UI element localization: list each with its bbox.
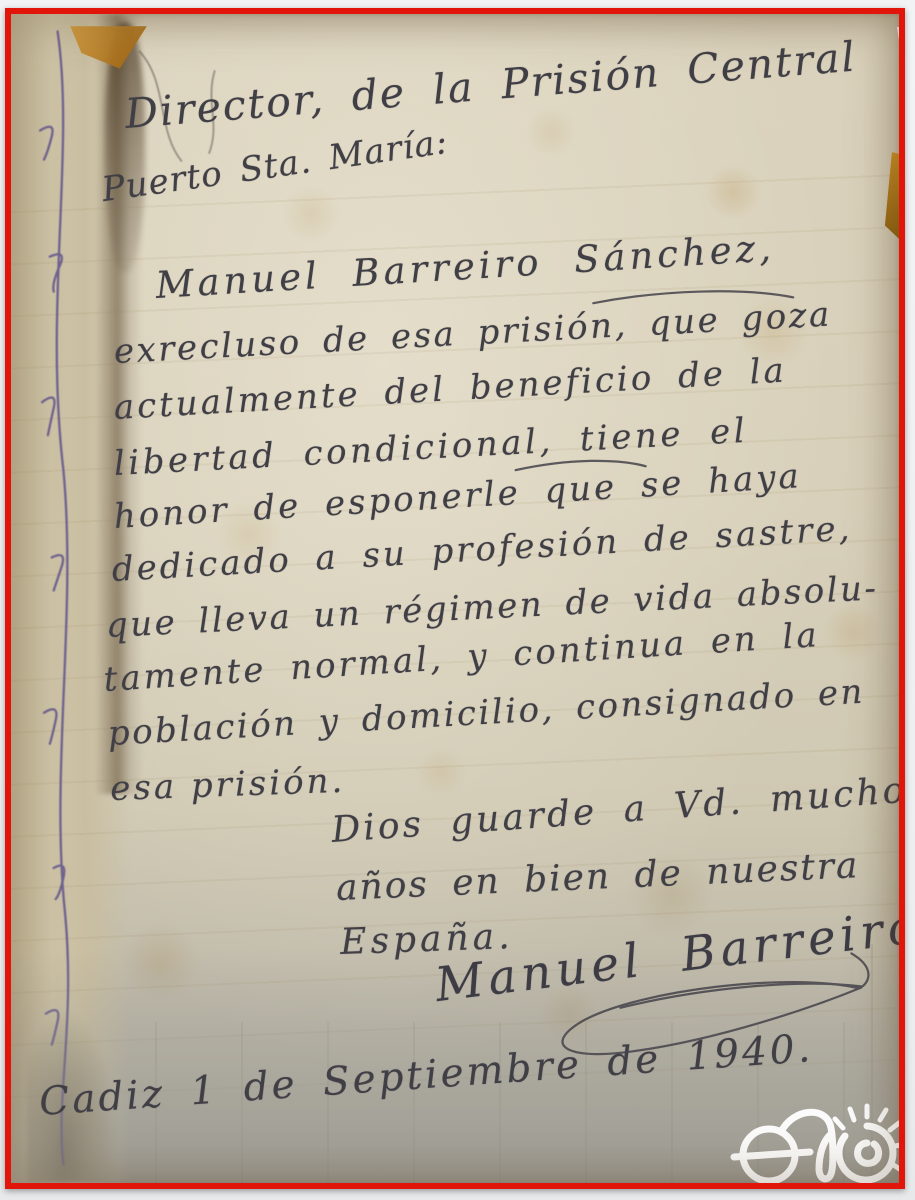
body-line-10: esa prisión. [110, 761, 346, 809]
eye-circle [839, 1126, 893, 1180]
monocle-bar [734, 1152, 810, 1157]
eye-pupil-spiral [858, 1143, 879, 1163]
eyes-watermark-icon [727, 1102, 899, 1183]
red-photo-frame: Director, de la Prisión Central Puerto S… [5, 8, 905, 1189]
scanned-letter-photo: Director, de la Prisión Central Puerto S… [0, 0, 915, 1200]
letter-page: Director, de la Prisión Central Puerto S… [11, 14, 899, 1183]
